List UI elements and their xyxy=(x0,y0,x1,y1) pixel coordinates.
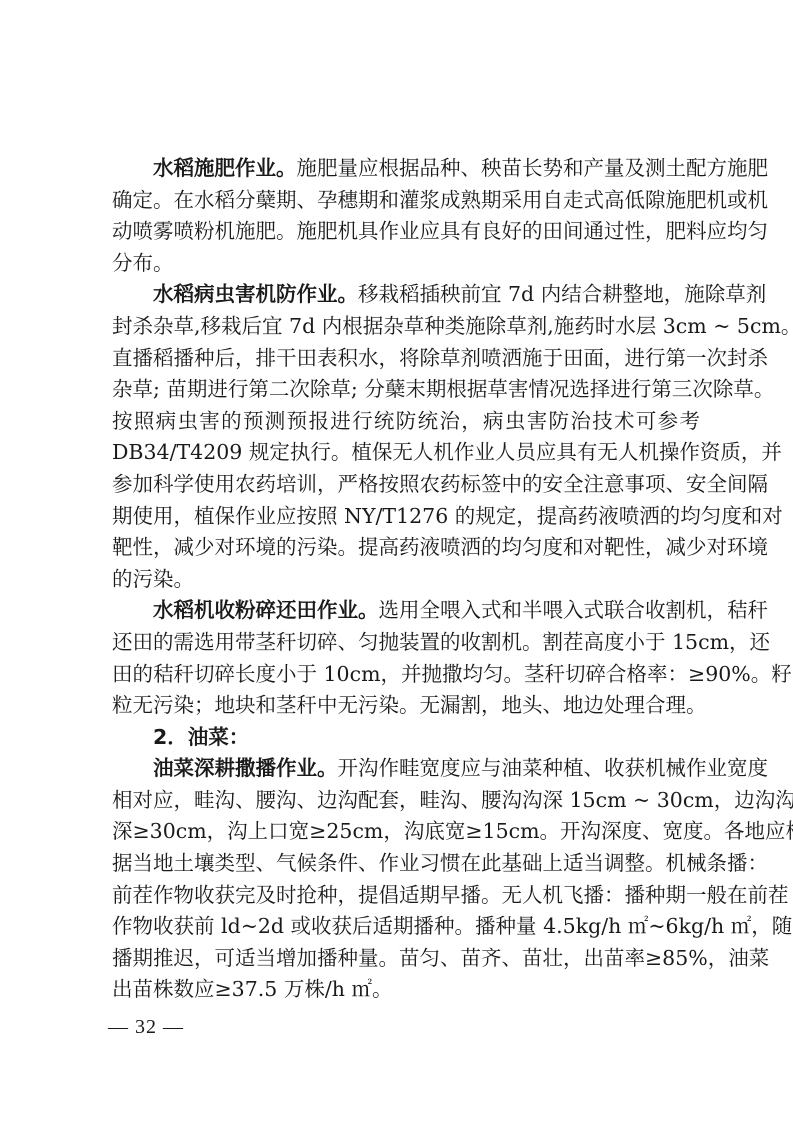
text-line: 分布。 xyxy=(112,248,700,280)
text-line: 前茬作物收获完及时抢种，提倡适期早播。无人机飞播：播种期一般在前茬 xyxy=(112,880,700,912)
text-line: 相对应，畦沟、腰沟、边沟配套，畦沟、腰沟沟深 15cm ~ 30cm，边沟沟 xyxy=(112,785,700,817)
paragraph-lead: 水稻病虫害机防作业。 xyxy=(153,282,358,306)
text-line: 杂草; 苗期进行第二次除草; 分蘖末期根据草害情况选择进行第三次除草。 xyxy=(112,374,700,406)
paragraph-rice-fertilizing: 水稻施肥作业。施肥量应根据品种、秧苗长势和产量及测土配方施肥 确定。在水稻分蘖期… xyxy=(112,153,700,279)
paragraph-rapeseed-deep-tillage: 油菜深耕撒播作业。开沟作畦宽度应与油菜种植、收获机械作业宽度 相对应，畦沟、腰沟… xyxy=(112,753,700,1006)
paragraph-lead: 油菜深耕撒播作业。 xyxy=(153,756,338,780)
section-heading-rapeseed: 2．油菜： xyxy=(112,722,700,754)
text-line: 期使用，植保作业应按照 NY/T1276 的规定，提高药液喷洒的均匀度和对 xyxy=(112,501,700,533)
text-line: 播期推迟，可适当增加播种量。苗匀、苗齐、苗壮，出苗率≥85%，油菜 xyxy=(112,943,700,975)
paragraph-rice-pest-control: 水稻病虫害机防作业。移栽稻插秧前宜 7d 内结合耕整地，施除草剂 封杀杂草,移栽… xyxy=(112,279,700,595)
text-line: 还田的需选用带茎秆切碎、匀抛装置的收割机。割茬高度小于 15cm，还 xyxy=(112,627,700,659)
text-line: 田的秸秆切碎长度小于 10cm，并抛撒均匀。茎秆切碎合格率：≥90%。籽 xyxy=(112,659,700,691)
text-line: 封杀杂草,移栽后宜 7d 内根据杂草种类施除草剂,施药时水层 3cm ~ 5cm… xyxy=(112,311,700,343)
text-line: 靶性，减少对环境的污染。提高药液喷洒的均匀度和对靶性，减少对环境 xyxy=(112,532,700,564)
text-line: 油菜深耕撒播作业。开沟作畦宽度应与油菜种植、收获机械作业宽度 xyxy=(112,753,700,785)
text-line: 动喷雾喷粉机施肥。施肥机具作业应具有良好的田间通过性，肥料应均匀 xyxy=(112,216,700,248)
text-line: 出苗株数应≥37.5 万株/h ㎡。 xyxy=(112,974,700,1006)
text-line: 水稻病虫害机防作业。移栽稻插秧前宜 7d 内结合耕整地，施除草剂 xyxy=(112,279,700,311)
text-line: 按照病虫害的预测预报进行统防统治，病虫害防治技术可参考 xyxy=(112,406,700,438)
page-number: — 32 — xyxy=(108,1016,184,1039)
paragraph-lead: 水稻施肥作业。 xyxy=(153,156,297,180)
paragraph-lead: 水稻机收粉碎还田作业。 xyxy=(153,598,379,622)
text-line: 水稻施肥作业。施肥量应根据品种、秧苗长势和产量及测土配方施肥 xyxy=(112,153,700,185)
section-heading: 2．油菜： xyxy=(112,722,700,754)
text-line: 参加科学使用农药培训，严格按照农药标签中的安全注意事项、安全间隔 xyxy=(112,469,700,501)
document-page: 水稻施肥作业。施肥量应根据品种、秧苗长势和产量及测土配方施肥 确定。在水稻分蘖期… xyxy=(112,153,700,1006)
text-line: 的污染。 xyxy=(112,564,700,596)
paragraph-rice-harvest-straw-return: 水稻机收粉碎还田作业。选用全喂入式和半喂入式联合收割机，秸秆 还田的需选用带茎秆… xyxy=(112,595,700,721)
text-line: 水稻机收粉碎还田作业。选用全喂入式和半喂入式联合收割机，秸秆 xyxy=(112,595,700,627)
text-line: DB34/T4209 规定执行。植保无人机作业人员应具有无人机操作资质，并 xyxy=(112,437,700,469)
text-line: 据当地土壤类型、气候条件、作业习惯在此基础上适当调整。机械条播： xyxy=(112,848,700,880)
text-line: 深≥30cm，沟上口宽≥25cm，沟底宽≥15cm。开沟深度、宽度。各地应根 xyxy=(112,816,700,848)
text-line: 粒无污染；地块和茎秆中无污染。无漏割，地头、地边处理合理。 xyxy=(112,690,700,722)
text-line: 直播稻播种后，排干田表积水，将除草剂喷洒施于田面，进行第一次封杀 xyxy=(112,343,700,375)
text-line: 确定。在水稻分蘖期、孕穗期和灌浆成熟期采用自走式高低隙施肥机或机 xyxy=(112,185,700,217)
text-line: 作物收获前 ld~2d 或收获后适期播种。播种量 4.5kg/h ㎡~6kg/h… xyxy=(112,911,700,943)
